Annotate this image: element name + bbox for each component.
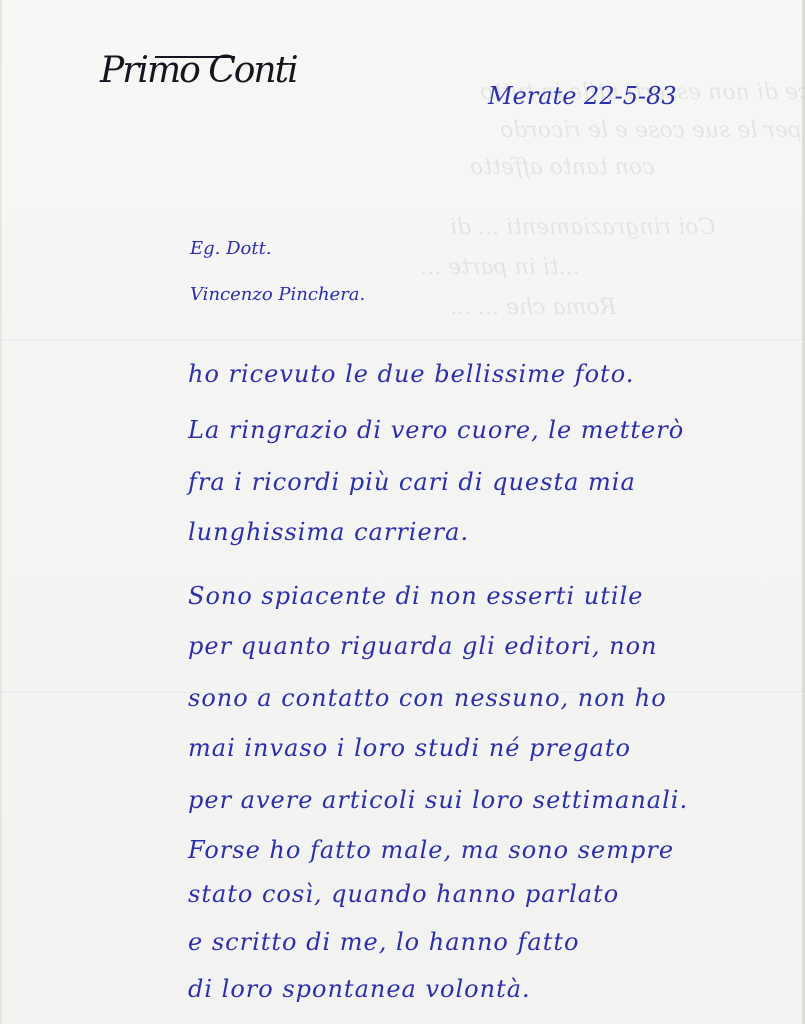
letter-line: lunghissima carriera. [188,518,469,546]
date: 22-5-83 [584,82,677,110]
letter-page: Mi spiace di non esserti utile in tutto … [0,0,805,1024]
recipient-title: Eg. Dott. [190,238,272,259]
letter-line: sono a contatto con nessuno, non ho [188,684,667,712]
letter-line: e scritto di me, lo hanno fatto [188,928,579,956]
letter-line: per avere articoli sui loro settimanali. [188,786,688,814]
bleed-through-line: Coi ringraziamenti ... di [450,215,715,240]
place-date-line: Merate 22-5-83 [488,82,677,110]
letter-line: fra i ricordi più cari di questa mia [188,468,636,496]
place: Merate [488,82,576,110]
paper-edge-left [0,0,2,1024]
letter-line: ho ricevuto le due bellissime foto. [188,360,634,388]
paper-fold-upper [0,340,805,342]
letter-line: Forse ho fatto male, ma sono sempre [188,836,674,864]
letter-line: stato così, quando hanno parlato [188,880,619,908]
bleed-through-line: Pinchera, per le sue cose e le ricordo [500,118,805,143]
bleed-through-line: Roma che ... ... [450,295,616,320]
letter-line: per quanto riguarda gli editori, non [188,632,657,660]
recipient-name: Vincenzo Pinchera. [190,284,365,305]
letter-line: Sono spiacente di non esserti utile [188,582,643,610]
bleed-through-line: con tanto affetto [470,155,655,180]
signature-underline [155,56,235,58]
letter-line: La ringrazio di vero cuore, le metterò [188,416,684,444]
letter-line: di loro spontanea volontà. [188,975,531,1003]
bleed-through-line: ...ti in parte ... [420,255,580,280]
signature: Primo Conti [100,50,297,91]
letter-line: mai invaso i loro studi né pregato [188,734,631,762]
